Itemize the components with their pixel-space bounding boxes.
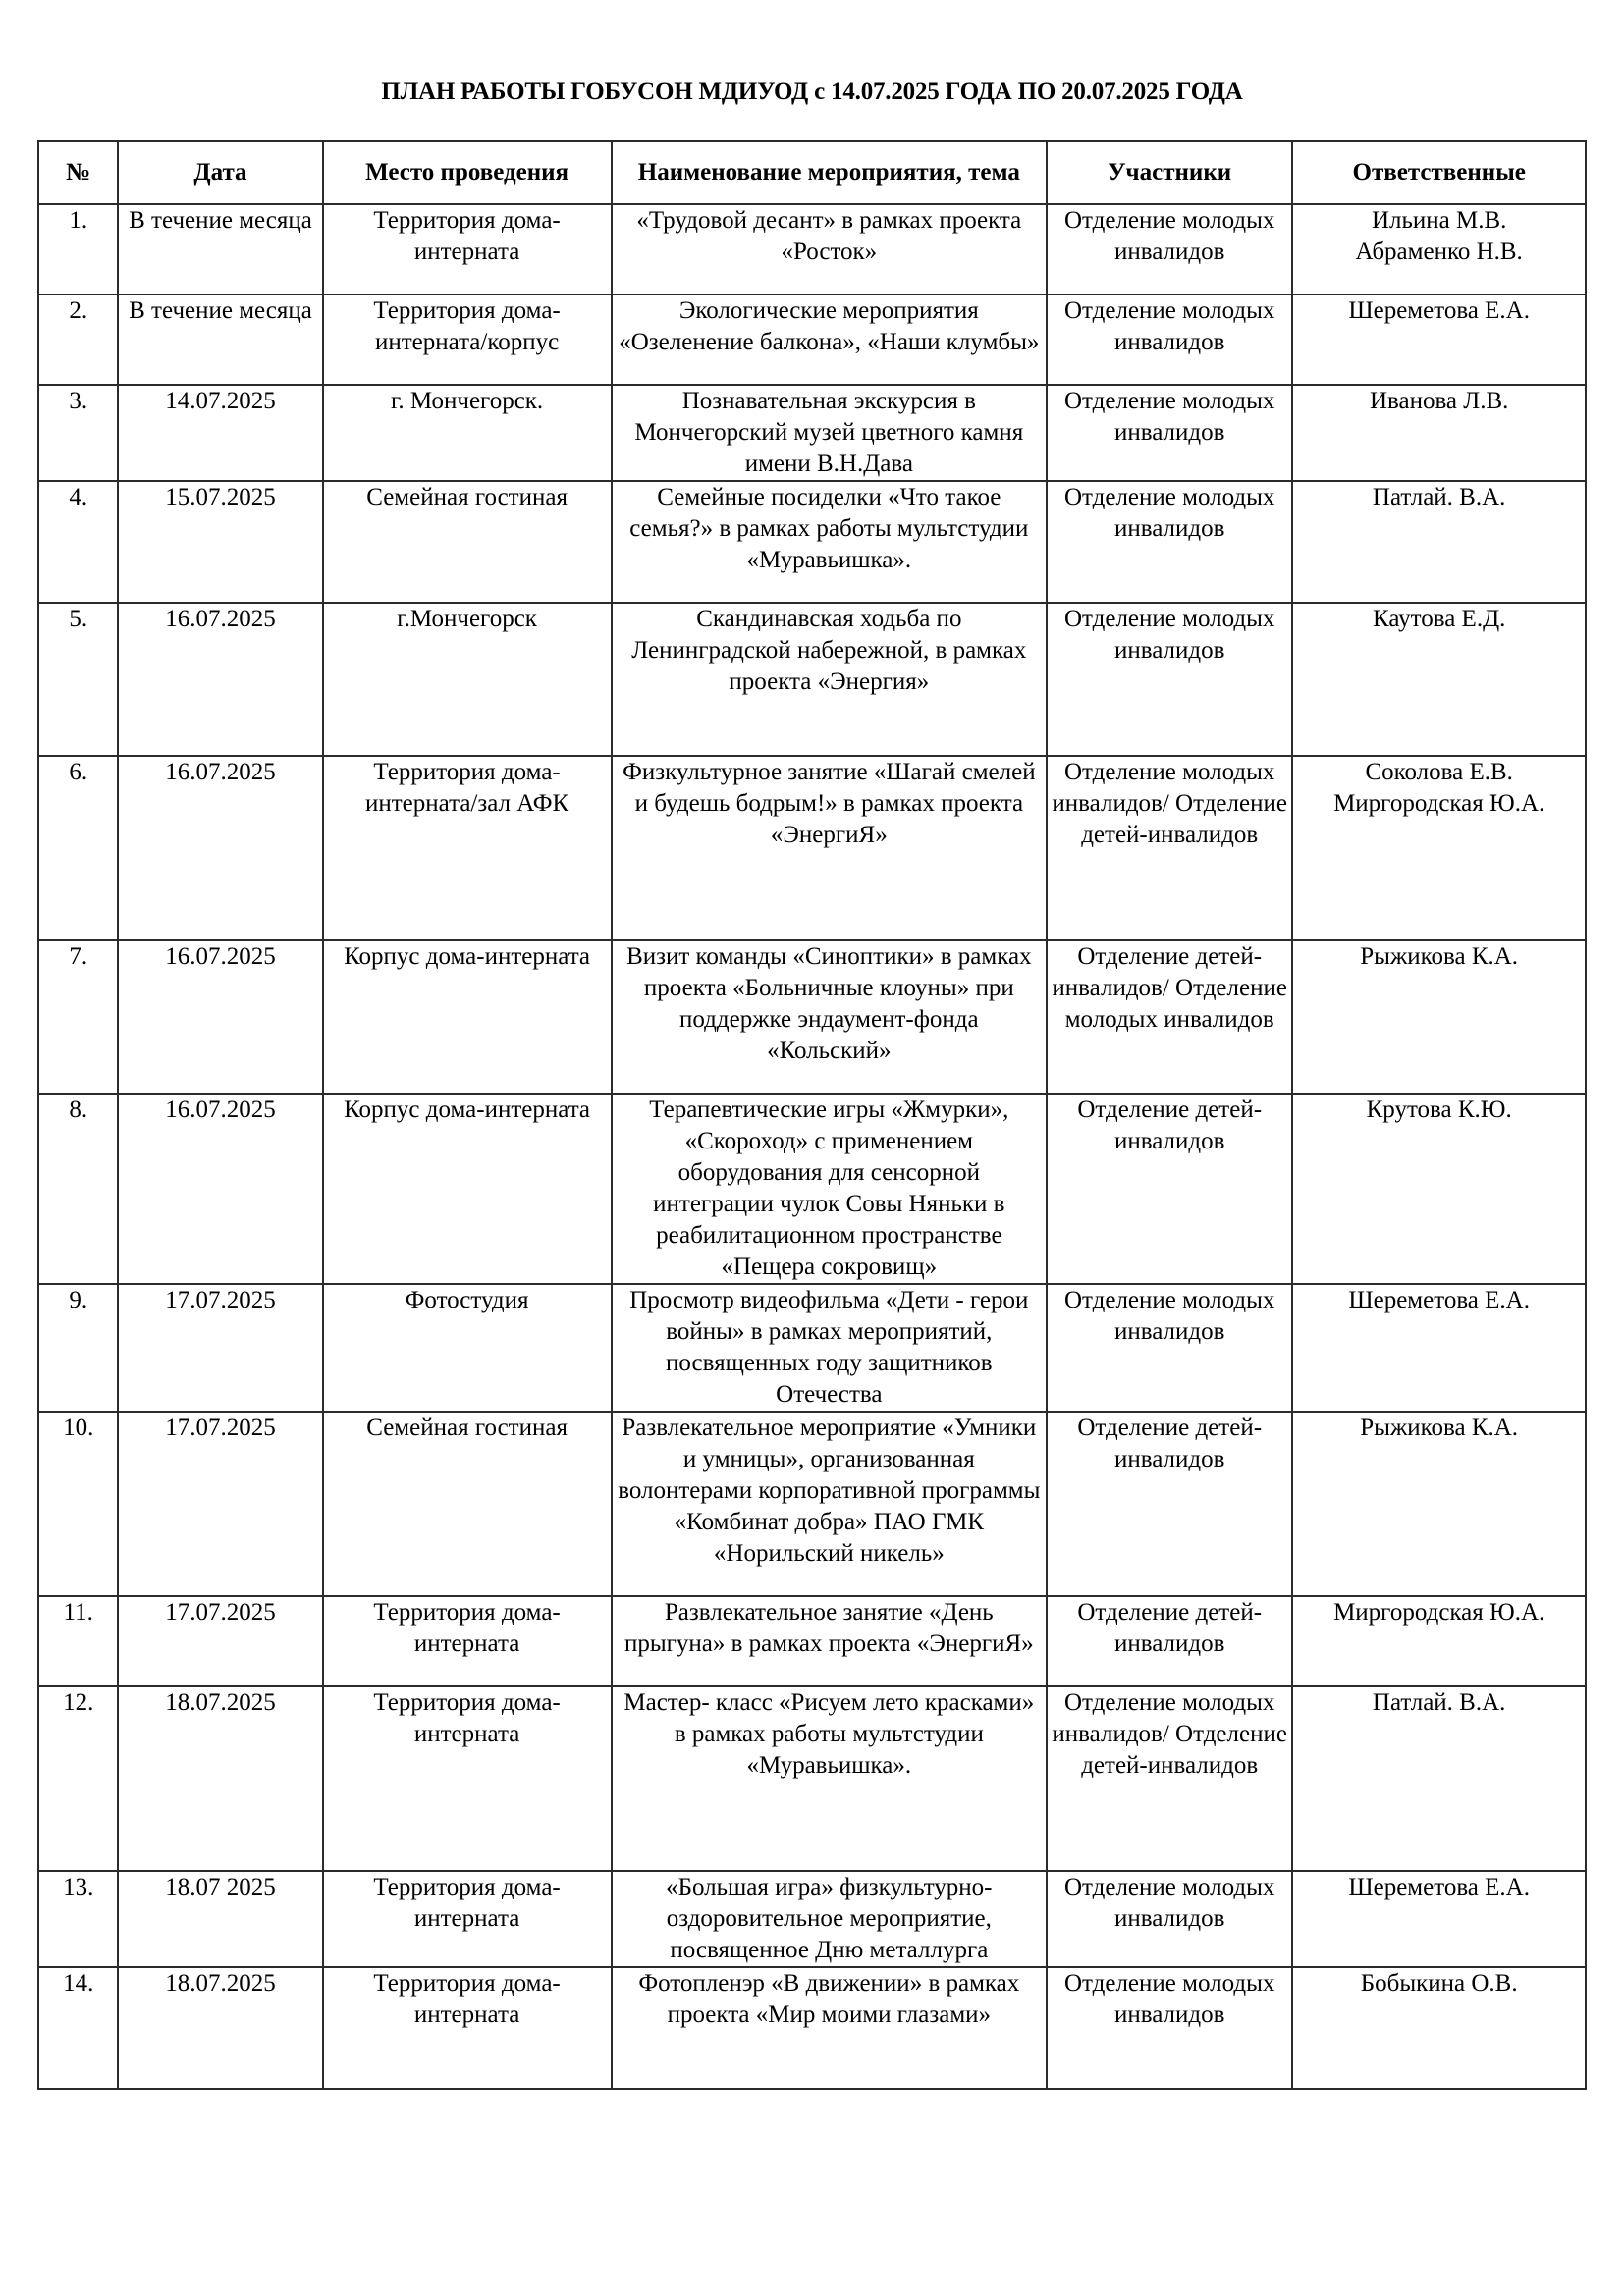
cell-event-title: «Большая игра» физкультурно-оздоровитель… <box>612 1871 1047 1967</box>
cell-event-title: Семейные посиделки «Что такое семья?» в … <box>612 481 1047 603</box>
table-row: 11.17.07.2025Территория дома-интернатаРа… <box>38 1596 1586 1686</box>
table-row: 13.18.07 2025Территория дома-интерната«Б… <box>38 1871 1586 1967</box>
cell-participants: Отделение молодых инвалидов <box>1047 294 1292 385</box>
cell-participants: Отделение детей-инвалидов <box>1047 1596 1292 1686</box>
responsible-person: Крутова К.Ю. <box>1297 1095 1581 1126</box>
responsible-person: Патлай. В.А. <box>1297 482 1581 513</box>
cell-participants: Отделение детей-инвалидов/ Отделение мол… <box>1047 940 1292 1094</box>
cell-date: 16.07.2025 <box>118 940 322 1094</box>
table-row: 4.15.07.2025Семейная гостинаяСемейные по… <box>38 481 1586 603</box>
cell-place: Территория дома-интерната/зал АФК <box>323 756 612 940</box>
cell-event-title: Познавательная экскурсия в Мончегорский … <box>612 385 1047 481</box>
cell-responsible: Миргородская Ю.А. <box>1292 1596 1586 1686</box>
cell-event-title: Просмотр видеофильма «Дети - герои войны… <box>612 1284 1047 1412</box>
table-row: 7.16.07.2025Корпус дома-интернатаВизит к… <box>38 940 1586 1094</box>
cell-responsible: Патлай. В.А. <box>1292 481 1586 603</box>
column-header-responsible: Ответственные <box>1292 141 1586 204</box>
responsible-person: Шереметова Е.А. <box>1297 295 1581 327</box>
cell-place: Корпус дома-интерната <box>323 1094 612 1284</box>
table-body: 1.В течение месяцаТерритория дома-интерн… <box>38 204 1586 2089</box>
cell-event-title: Развлекательное мероприятие «Умники и ум… <box>612 1412 1047 1596</box>
cell-number: 3. <box>38 385 118 481</box>
cell-place: Территория дома-интерната <box>323 1871 612 1967</box>
cell-event-title: Экологические мероприятия «Озеленение ба… <box>612 294 1047 385</box>
cell-number: 6. <box>38 756 118 940</box>
page-title: ПЛАН РАБОТЫ ГОБУСОН МДИУОД с 14.07.2025 … <box>0 79 1624 106</box>
cell-responsible: Ильина М.В.Абраменко Н.В. <box>1292 204 1586 294</box>
cell-date: 16.07.2025 <box>118 603 322 756</box>
cell-place: Территория дома-интерната/корпус <box>323 294 612 385</box>
responsible-person: Шереметова Е.А. <box>1297 1872 1581 1903</box>
cell-participants: Отделение молодых инвалидов <box>1047 1871 1292 1967</box>
responsible-person: Каутова Е.Д. <box>1297 604 1581 635</box>
responsible-person: Абраменко Н.В. <box>1297 237 1581 268</box>
cell-date: В течение месяца <box>118 204 322 294</box>
cell-participants: Отделение молодых инвалидов/ Отделение д… <box>1047 1686 1292 1871</box>
cell-event-title: Фотопленэр «В движении» в рамках проекта… <box>612 1967 1047 2089</box>
responsible-person: Миргородская Ю.А. <box>1297 1597 1581 1629</box>
cell-participants: Отделение молодых инвалидов <box>1047 1284 1292 1412</box>
cell-participants: Отделение детей-инвалидов <box>1047 1094 1292 1284</box>
responsible-person: Шереметова Е.А. <box>1297 1285 1581 1316</box>
cell-date: 18.07.2025 <box>118 1686 322 1871</box>
cell-date: В течение месяца <box>118 294 322 385</box>
cell-responsible: Крутова К.Ю. <box>1292 1094 1586 1284</box>
cell-participants: Отделение молодых инвалидов <box>1047 204 1292 294</box>
responsible-person: Рыжикова К.А. <box>1297 1413 1581 1444</box>
cell-event-title: «Трудовой десант» в рамках проекта «Рост… <box>612 204 1047 294</box>
cell-event-title: Терапевтические игры «Жмурки», «Скороход… <box>612 1094 1047 1284</box>
cell-responsible: Рыжикова К.А. <box>1292 1412 1586 1596</box>
responsible-person: Бобыкина О.В. <box>1297 1968 1581 2000</box>
cell-event-title: Физкультурное занятие «Шагай смелей и бу… <box>612 756 1047 940</box>
cell-place: Территория дома-интерната <box>323 1967 612 2089</box>
column-header-place: Место проведения <box>323 141 612 204</box>
cell-date: 16.07.2025 <box>118 1094 322 1284</box>
responsible-person: Иванова Л.В. <box>1297 386 1581 417</box>
cell-number: 11. <box>38 1596 118 1686</box>
cell-place: г. Мончегорск. <box>323 385 612 481</box>
cell-responsible: Патлай. В.А. <box>1292 1686 1586 1871</box>
cell-number: 14. <box>38 1967 118 2089</box>
cell-participants: Отделение молодых инвалидов <box>1047 1967 1292 2089</box>
cell-event-title: Визит команды «Синоптики» в рамках проек… <box>612 940 1047 1094</box>
cell-place: Фотостудия <box>323 1284 612 1412</box>
cell-place: Семейная гостиная <box>323 1412 612 1596</box>
cell-responsible: Шереметова Е.А. <box>1292 1284 1586 1412</box>
cell-responsible: Шереметова Е.А. <box>1292 294 1586 385</box>
table-row: 9.17.07.2025ФотостудияПросмотр видеофиль… <box>38 1284 1586 1412</box>
column-header-number: № <box>38 141 118 204</box>
table-header-row: № Дата Место проведения Наименование мер… <box>38 141 1586 204</box>
responsible-person: Ильина М.В. <box>1297 205 1581 237</box>
cell-place: Территория дома-интерната <box>323 1596 612 1686</box>
cell-date: 15.07.2025 <box>118 481 322 603</box>
cell-participants: Отделение молодых инвалидов <box>1047 385 1292 481</box>
cell-participants: Отделение молодых инвалидов <box>1047 603 1292 756</box>
cell-event-title: Развлекательное занятие «День прыгуна» в… <box>612 1596 1047 1686</box>
responsible-person: Соколова Е.В. <box>1297 757 1581 788</box>
table-row: 5.16.07.2025г.МончегорскСкандинавская хо… <box>38 603 1586 756</box>
cell-responsible: Соколова Е.В.Миргородская Ю.А. <box>1292 756 1586 940</box>
work-plan-table: № Дата Место проведения Наименование мер… <box>37 140 1587 2090</box>
table-row: 14.18.07.2025Территория дома-интернатаФо… <box>38 1967 1586 2089</box>
cell-date: 14.07.2025 <box>118 385 322 481</box>
cell-place: г.Мончегорск <box>323 603 612 756</box>
table-row: 12.18.07.2025Территория дома-интернатаМа… <box>38 1686 1586 1871</box>
column-header-date: Дата <box>118 141 322 204</box>
cell-event-title: Скандинавская ходьба по Ленинградской на… <box>612 603 1047 756</box>
responsible-person: Рыжикова К.А. <box>1297 941 1581 973</box>
cell-date: 17.07.2025 <box>118 1412 322 1596</box>
cell-date: 18.07.2025 <box>118 1967 322 2089</box>
table-row: 8.16.07.2025Корпус дома-интернатаТерапев… <box>38 1094 1586 1284</box>
cell-place: Территория дома-интерната <box>323 204 612 294</box>
cell-number: 9. <box>38 1284 118 1412</box>
cell-participants: Отделение детей-инвалидов <box>1047 1412 1292 1596</box>
cell-place: Корпус дома-интерната <box>323 940 612 1094</box>
responsible-person: Миргородская Ю.А. <box>1297 788 1581 820</box>
cell-number: 10. <box>38 1412 118 1596</box>
cell-place: Территория дома-интерната <box>323 1686 612 1871</box>
cell-number: 7. <box>38 940 118 1094</box>
cell-event-title: Мастер- класс «Рисуем лето красками» в р… <box>612 1686 1047 1871</box>
table-row: 6.16.07.2025Территория дома-интерната/за… <box>38 756 1586 940</box>
cell-number: 8. <box>38 1094 118 1284</box>
cell-date: 17.07.2025 <box>118 1596 322 1686</box>
cell-date: 18.07 2025 <box>118 1871 322 1967</box>
cell-number: 5. <box>38 603 118 756</box>
table-row: 2.В течение месяцаТерритория дома-интерн… <box>38 294 1586 385</box>
cell-responsible: Каутова Е.Д. <box>1292 603 1586 756</box>
column-header-participants: Участники <box>1047 141 1292 204</box>
cell-date: 17.07.2025 <box>118 1284 322 1412</box>
cell-number: 4. <box>38 481 118 603</box>
cell-number: 2. <box>38 294 118 385</box>
table-row: 3.14.07.2025г. Мончегорск.Познавательная… <box>38 385 1586 481</box>
cell-participants: Отделение молодых инвалидов <box>1047 481 1292 603</box>
column-header-title: Наименование мероприятия, тема <box>612 141 1047 204</box>
cell-date: 16.07.2025 <box>118 756 322 940</box>
cell-participants: Отделение молодых инвалидов/ Отделение д… <box>1047 756 1292 940</box>
cell-responsible: Рыжикова К.А. <box>1292 940 1586 1094</box>
table-row: 1.В течение месяцаТерритория дома-интерн… <box>38 204 1586 294</box>
cell-number: 1. <box>38 204 118 294</box>
cell-responsible: Бобыкина О.В. <box>1292 1967 1586 2089</box>
cell-number: 12. <box>38 1686 118 1871</box>
responsible-person: Патлай. В.А. <box>1297 1687 1581 1719</box>
cell-responsible: Иванова Л.В. <box>1292 385 1586 481</box>
table-row: 10.17.07.2025Семейная гостинаяРазвлекате… <box>38 1412 1586 1596</box>
cell-number: 13. <box>38 1871 118 1967</box>
cell-place: Семейная гостиная <box>323 481 612 603</box>
cell-responsible: Шереметова Е.А. <box>1292 1871 1586 1967</box>
